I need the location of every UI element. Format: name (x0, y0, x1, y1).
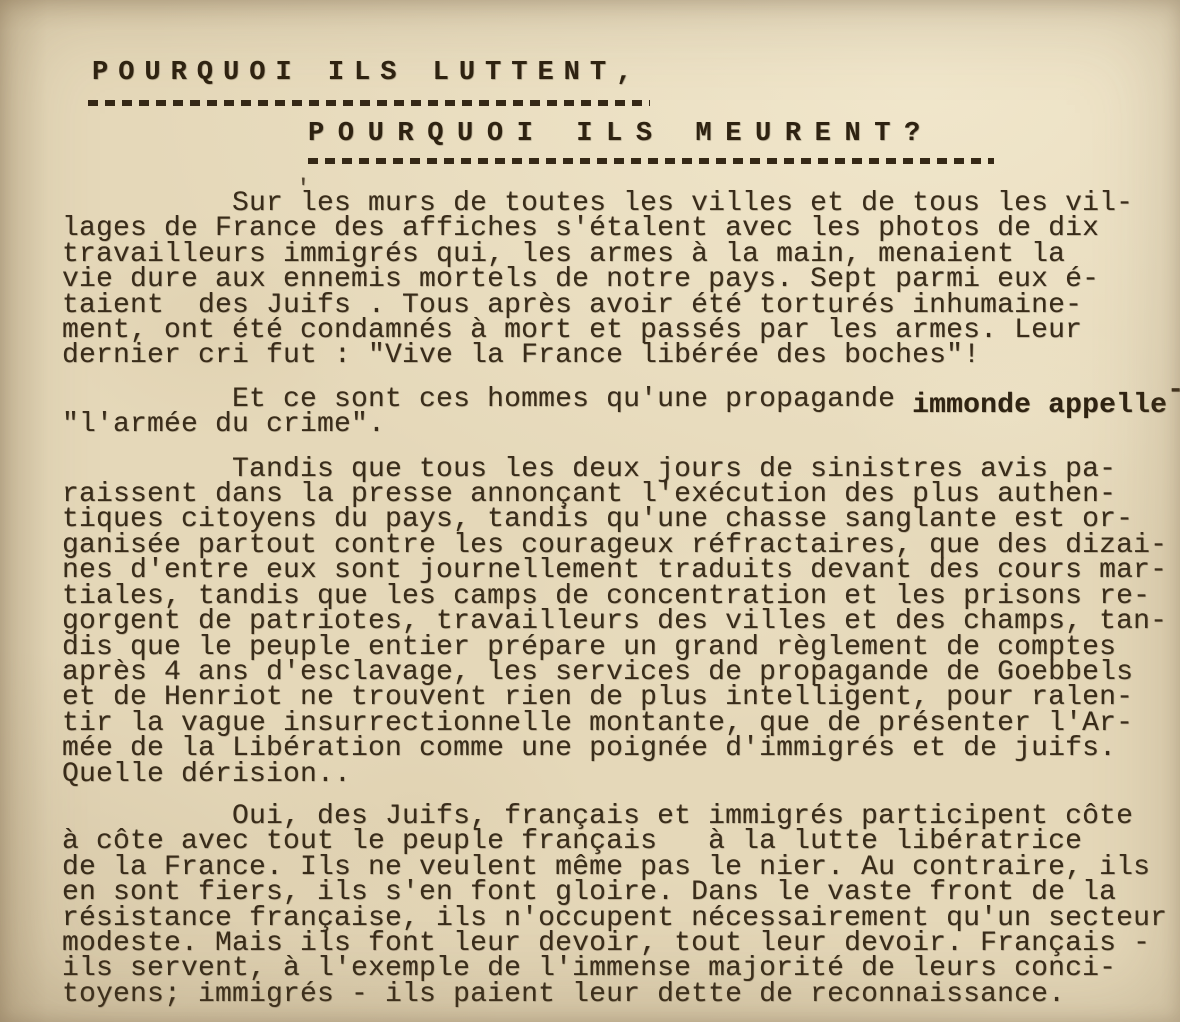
paragraph-4: Oui, des Juifs, français et immigrés par… (62, 804, 1178, 1007)
paragraph-3: Tandis que tous les deux jours de sinist… (62, 457, 1178, 787)
document-body: Sur les murs de toutes les villes et de … (62, 191, 1178, 1007)
title-dashed-underline-1 (88, 100, 650, 106)
document-title-line-1: POURQUOI ILS LUTTENT, (92, 58, 642, 88)
paragraph-2-line-2: "l'armée du crime". (62, 409, 385, 440)
scanned-document-page: POURQUOI ILS LUTTENT, POURQUOI ILS MEURE… (0, 0, 1180, 1022)
paragraph-2-overstrike-dash: - (1167, 375, 1180, 406)
document-title-line-2: POURQUOI ILS MEURENT? (308, 119, 934, 149)
paragraph-2: Et ce sont ces hommes qu'une propagande … (62, 387, 1178, 438)
paragraph-2-emphasis: immonde appelle (912, 390, 1167, 421)
paragraph-1: Sur les murs de toutes les villes et de … (62, 191, 1178, 369)
title-dashed-underline-2 (308, 158, 994, 164)
